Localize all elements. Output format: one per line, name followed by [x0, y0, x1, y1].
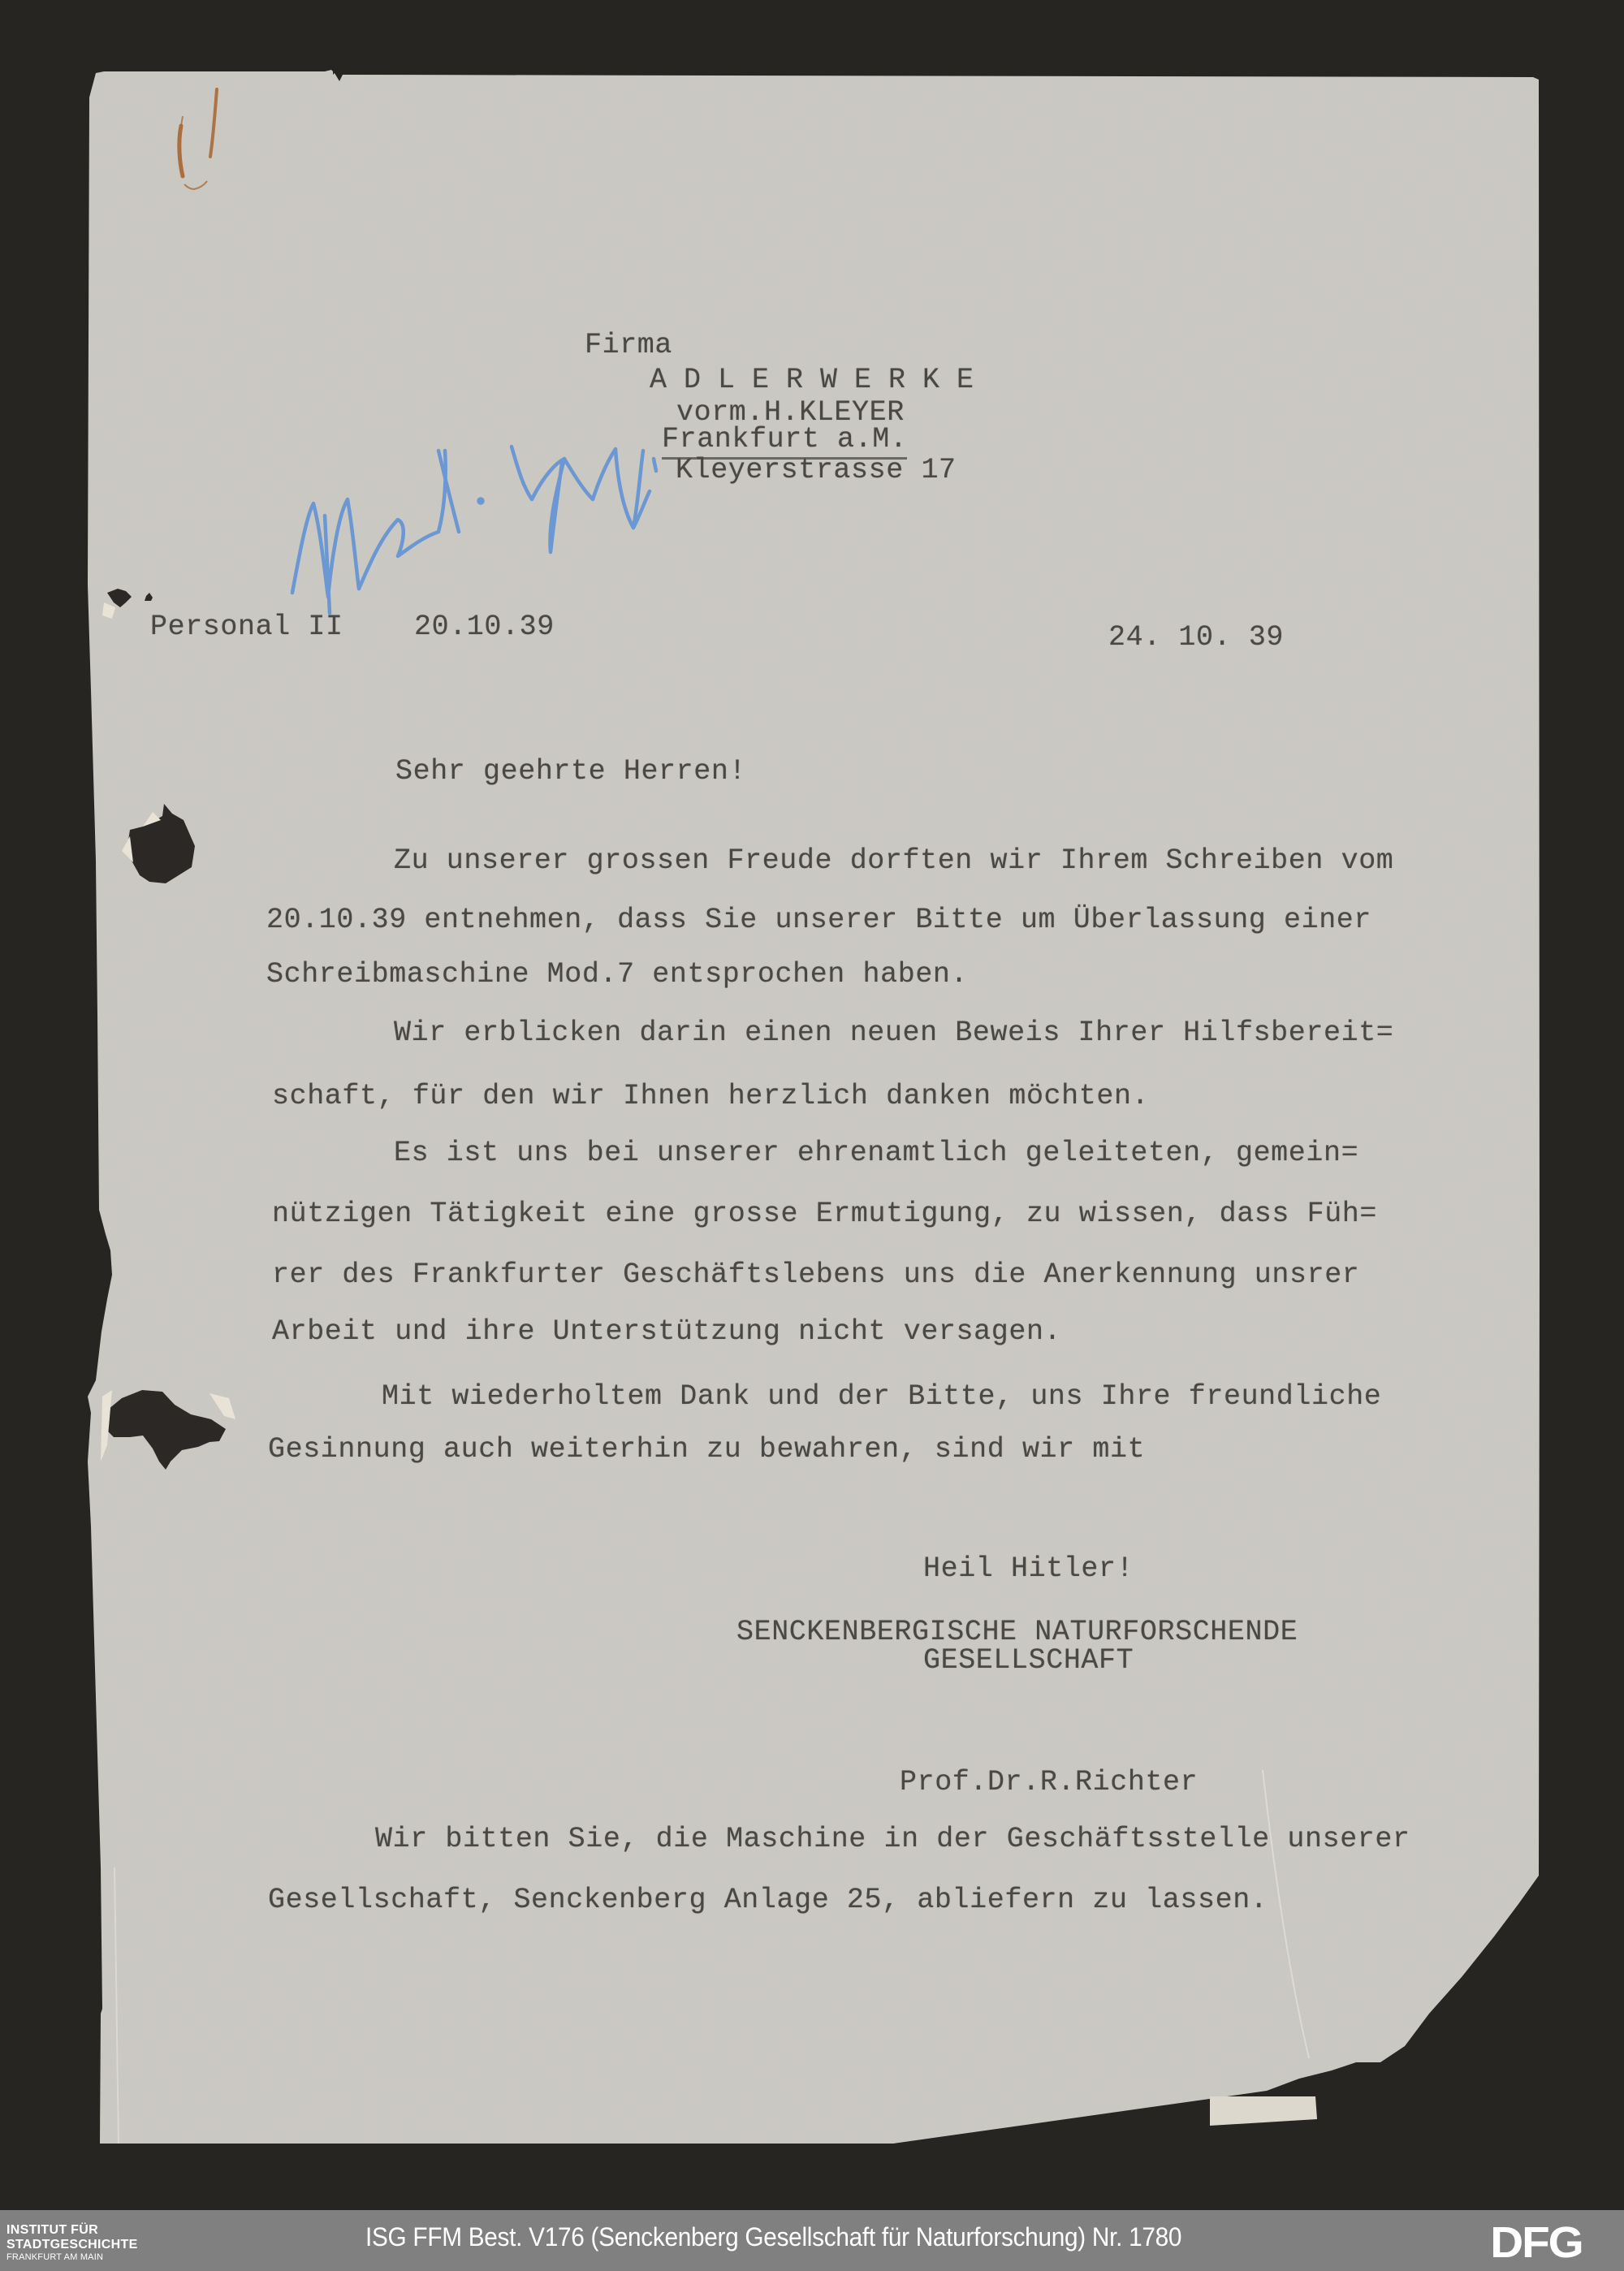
body-line: Schreibmaschine Mod.7 entsprochen haben. [266, 958, 968, 991]
archive-caption: ISG FFM Best. V176 (Senckenberg Gesellsc… [365, 2222, 1181, 2252]
organization-line1: SENCKENBERGISCHE NATURFORSCHENDE [736, 1616, 1298, 1648]
institute-name-line2: STADTGESCHICHTE [6, 2239, 138, 2252]
recipient-street: Kleyerstrasse 17 [676, 454, 957, 486]
body-line: rer des Frankfurter Geschäftslebens uns … [272, 1259, 1359, 1291]
body-line: nützigen Tätigkeit eine grosse Ermutigun… [272, 1198, 1377, 1230]
recipient-firma-label: Firma [585, 329, 672, 361]
recipient-company: ADLERWERKE [650, 364, 991, 396]
body-line: Arbeit und ihre Unterstützung nicht vers… [272, 1315, 1061, 1348]
body-line: 20.10.39 entnehmen, dass Sie unserer Bit… [266, 904, 1371, 936]
rust-stain-marks [175, 85, 223, 199]
document-viewer: Firma ADLERWERKE vorm.H.KLEYER Frankfurt… [0, 0, 1624, 2210]
institute-name-line1: INSTITUT FÜR [6, 2224, 138, 2237]
reference-label: Personal II [150, 611, 343, 643]
institute-location: FRANKFURT AM MAIN [6, 2253, 138, 2262]
body-line: Es ist uns bei unserer ehrenamtlich gele… [394, 1137, 1358, 1169]
body-line: Zu unserer grossen Freude dorften wir Ih… [394, 844, 1393, 877]
letter-date: 24. 10. 39 [1108, 621, 1284, 654]
signatory: Prof.Dr.R.Richter [900, 1766, 1198, 1798]
body-line: Mit wiederholtem Dank und der Bitte, uns… [382, 1380, 1381, 1413]
body-line: Gesinnung auch weiterhin zu bewahren, si… [268, 1433, 1145, 1466]
salutation: Sehr geehrte Herren! [395, 755, 746, 788]
institute-logo: INSTITUT FÜR STADTGESCHICHTE FRANKFURT A… [6, 2224, 138, 2262]
handwritten-note [276, 443, 698, 637]
closing: Heil Hitler! [923, 1552, 1134, 1585]
organization-line2: GESELLSCHAFT [923, 1644, 1134, 1677]
postscript-line: Gesellschaft, Senckenberg Anlage 25, abl… [268, 1884, 1268, 1916]
body-line: schaft, für den wir Ihnen herzlich danke… [272, 1080, 1149, 1112]
reference-their-date: 20.10.39 [414, 611, 555, 643]
dfg-logo: DFG [1490, 2221, 1582, 2265]
postscript-line: Wir bitten Sie, die Maschine in der Gesc… [375, 1823, 1410, 1855]
body-line: Wir erblicken darin einen neuen Beweis I… [394, 1017, 1393, 1049]
archive-footer-bar: INSTITUT FÜR STADTGESCHICHTE FRANKFURT A… [0, 2210, 1624, 2271]
